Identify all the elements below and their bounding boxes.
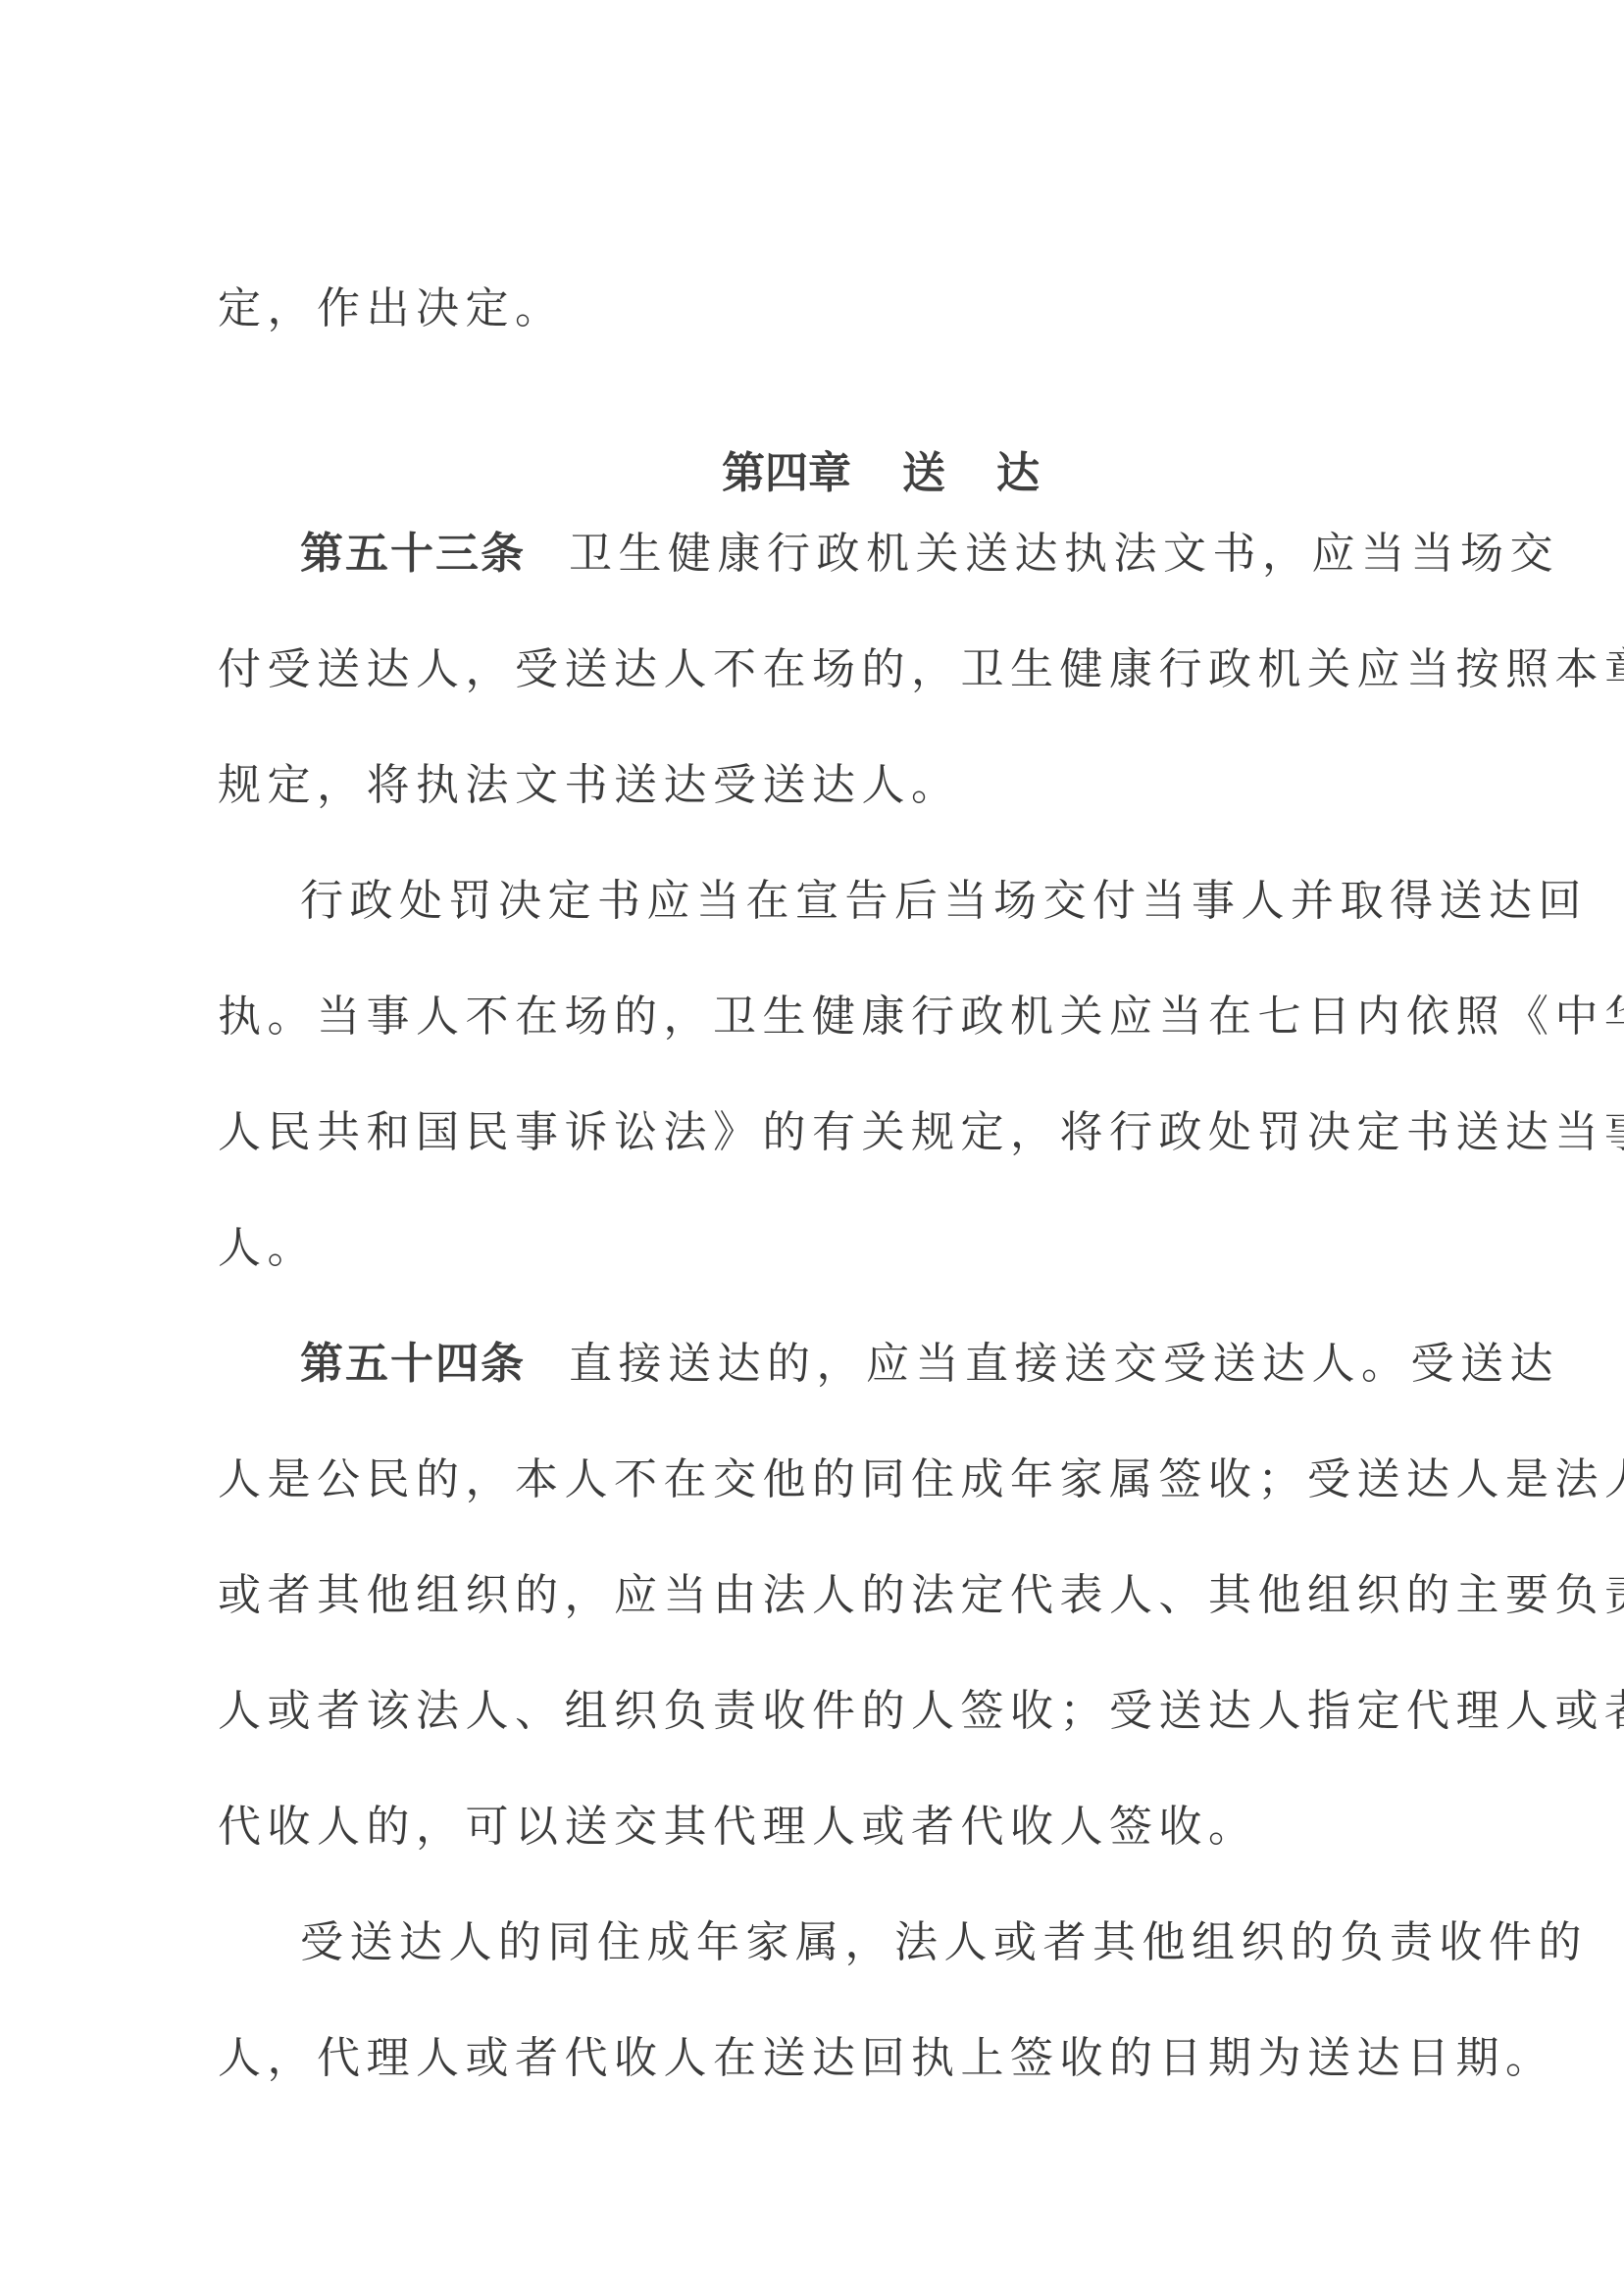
article-54-line-3: 或者其他组织的，应当由法人的法定代表人、其他组织的主要负责 — [218, 1568, 1414, 1623]
chapter-title-char-1: 送 — [902, 448, 945, 498]
article-53-line-1: 第五十三条卫生健康行政机关送达执法文书，应当当场交 — [300, 527, 1414, 582]
article-53-p2-line-1: 行政处罚决定书应当在宣告后当场交付当事人并取得送达回 — [300, 874, 1414, 929]
article-number: 第五十四条 — [300, 1339, 526, 1389]
article-53-p2-line-2: 执。当事人不在场的，卫生健康行政机关应当在七日内依照《中华 — [218, 990, 1414, 1044]
article-54-p2-line-2: 人，代理人或者代收人在送达回执上签收的日期为送达日期。 — [218, 2031, 1414, 2086]
article-53-p2-line-4: 人。 — [218, 1221, 1414, 1276]
article-54-line-2: 人是公民的，本人不在交他的同住成年家属签收；受送达人是法人 — [218, 1452, 1414, 1507]
chapter-number: 第四章 — [722, 448, 851, 498]
article-54-p2-line-1: 受送达人的同住成年家属，法人或者其他组织的负责收件的 — [300, 1915, 1414, 1970]
article-54-line-5: 代收人的，可以送交其代理人或者代收人签收。 — [218, 1800, 1414, 1855]
chapter-title-char-2: 达 — [996, 448, 1040, 498]
continuation-line: 定，作出决定。 — [218, 281, 1414, 336]
article-53-line-3: 规定，将执法文书送达受送达人。 — [218, 758, 1414, 813]
article-number: 第五十三条 — [300, 529, 526, 579]
chapter-heading: 第四章送达 — [0, 446, 1624, 501]
article-54-line-1: 第五十四条直接送达的，应当直接送交受送达人。受送达 — [300, 1337, 1414, 1392]
article-53-line-2: 付受送达人，受送达人不在场的，卫生健康行政机关应当按照本章 — [218, 642, 1414, 697]
document-page: 定，作出决定。 第四章送达 第五十三条卫生健康行政机关送达执法文书，应当当场交 … — [0, 0, 1624, 2291]
article-54-line-4: 人或者该法人、组织负责收件的人签收；受送达人指定代理人或者 — [218, 1684, 1414, 1739]
article-53-p2-line-3: 人民共和国民事诉讼法》的有关规定，将行政处罚决定书送达当事 — [218, 1105, 1414, 1160]
